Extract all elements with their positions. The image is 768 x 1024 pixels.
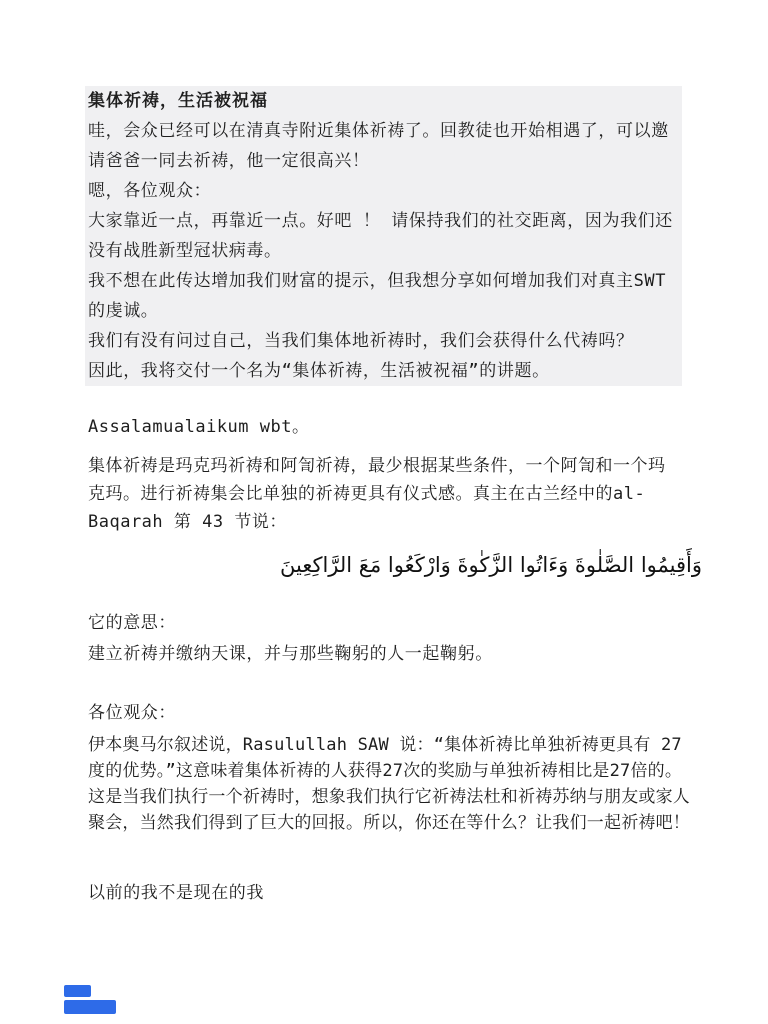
- redacted-link-bar-small: [64, 985, 91, 997]
- intro-paragraph: 大家靠近一点，再靠近一点。好吧 ！ 请保持我们的社交距离，因为我们还没有战胜新型…: [88, 206, 680, 266]
- intro-paragraph: 因此，我将交付一个名为“集体祈祷，生活被祝福”的讲题。: [88, 356, 680, 386]
- intro-paragraph: 我不想在此传达增加我们财富的提示，但我想分享如何增加我们对真主SWT 的虔诚。: [88, 266, 680, 326]
- audience-label: 各位观众：: [88, 698, 680, 728]
- intro-paragraph: 我们有没有问过自己，当我们集体地祈祷时，我们会获得什么代祷吗？: [88, 326, 680, 356]
- document-title: 集体祈祷，生活被祝福: [88, 86, 680, 116]
- placeholder-link-bars: [64, 985, 116, 1014]
- document-content: 集体祈祷，生活被祝福 哇，会众已经可以在清真寺附近集体祈祷了。回教徒也开始相遇了…: [88, 86, 680, 906]
- greeting-line: Assalamualaikum wbt。: [88, 412, 680, 442]
- body-paragraph: 集体祈祷是玛克玛祈祷和阿訇祈祷，最少根据某些条件，一个阿訇和一个玛克玛。进行祈祷…: [88, 452, 680, 536]
- intro-paragraph: 嗯，各位观众：: [88, 176, 680, 206]
- redacted-link-bar-large: [64, 1000, 116, 1014]
- highlighted-intro-block: 集体祈祷，生活被祝福 哇，会众已经可以在清真寺附近集体祈祷了。回教徒也开始相遇了…: [85, 86, 682, 386]
- intro-paragraph: 哇，会众已经可以在清真寺附近集体祈祷了。回教徒也开始相遇了，可以邀请爸爸一同去祈…: [88, 116, 680, 176]
- closing-line: 以前的我不是现在的我: [88, 880, 680, 906]
- meaning-label: 它的意思：: [88, 608, 680, 638]
- hadith-paragraph: 伊本奥马尔叙述说，Rasulullah SAW 说：“集体祈祷比单独祈祷更具有 …: [88, 732, 690, 836]
- document-page: 集体祈祷，生活被祝福 哇，会众已经可以在清真寺附近集体祈祷了。回教徒也开始相遇了…: [0, 0, 768, 1024]
- quran-verse-arabic: وَأَقِيمُوا الصَّلٰوةَ وَءَاتُوا الزَّكٰ…: [88, 546, 702, 584]
- meaning-text: 建立祈祷并缴纳天课，并与那些鞠躬的人一起鞠躬。: [88, 638, 680, 670]
